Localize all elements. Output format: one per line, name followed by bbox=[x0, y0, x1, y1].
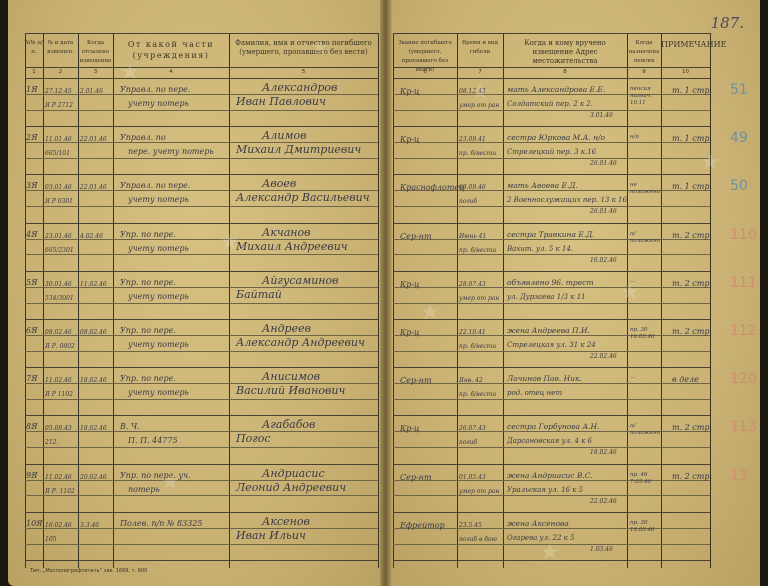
sent-date: 4.02.46 bbox=[80, 231, 103, 243]
delivery-date: 16.02.46 bbox=[590, 255, 617, 267]
row-number: 3Я bbox=[26, 180, 38, 192]
surname: Авоев bbox=[262, 178, 296, 190]
row-rule bbox=[25, 367, 378, 368]
row-number: 4Я bbox=[26, 229, 38, 241]
sent-date: 3.3.46 bbox=[80, 520, 99, 532]
recipient: Лочинов Пав. Ник. bbox=[507, 373, 582, 385]
row-number: 9Я bbox=[26, 470, 38, 482]
note: в деле bbox=[672, 374, 699, 386]
sent-date: 20.02.46 bbox=[80, 472, 107, 484]
unit-line-2: учету потерь bbox=[128, 339, 189, 351]
footer-imprint: Тип. „Мосполиграфпечать“ зак. 1669, т. 6… bbox=[30, 568, 147, 574]
given-names: Василий Иванович bbox=[236, 385, 345, 397]
pencil-register-mark: 110 bbox=[730, 227, 757, 243]
delivery-date: 26.01.46 bbox=[590, 206, 617, 218]
recipient: объявлено 96. трест bbox=[507, 277, 593, 289]
row-rule bbox=[393, 367, 710, 368]
death-type: пр. б/вести bbox=[459, 341, 496, 353]
column-rule bbox=[113, 33, 114, 568]
notice-date: 08.02.46 bbox=[45, 327, 72, 339]
sent-date: 22.01.46 bbox=[80, 134, 107, 146]
pension: н/положено bbox=[630, 423, 660, 437]
column-rule bbox=[229, 33, 230, 568]
notice-date: 30.01.46 bbox=[45, 279, 72, 291]
watermark-star-icon: ★ bbox=[620, 280, 640, 305]
row-rule bbox=[393, 415, 710, 416]
sent-date: 08.02.46 bbox=[80, 327, 107, 339]
address: ул. Дурзаева 1/3 к 11 bbox=[507, 291, 586, 303]
row-rule bbox=[25, 174, 378, 175]
delivery-date: 1.03.46 bbox=[590, 544, 613, 556]
column-number: 3 bbox=[78, 69, 113, 75]
notice-date: 03.01.46 bbox=[45, 182, 72, 194]
rank: Сер-нт bbox=[400, 472, 432, 484]
delivery-date: 3.01.46 bbox=[590, 110, 613, 122]
notice-date: 23.01.46 bbox=[45, 231, 72, 243]
row-rule bbox=[393, 223, 710, 224]
watermark-star-icon: ★ bbox=[310, 35, 330, 60]
unit-line-1: Полев. п/п № 83325 bbox=[120, 518, 202, 530]
column-header: №№ п/п. bbox=[25, 39, 43, 57]
row-subrule bbox=[25, 351, 378, 352]
death-date: 08.09.46 bbox=[459, 182, 486, 194]
column-header: Время и вид гибели bbox=[457, 39, 503, 57]
death-date: Янв. 42 bbox=[459, 375, 483, 387]
pension: н/о bbox=[630, 134, 660, 141]
row-rule bbox=[393, 512, 710, 513]
notice-number: Я Р. 0802 bbox=[45, 341, 75, 353]
death-type: умер от ран bbox=[459, 486, 499, 498]
column-number-rule bbox=[25, 78, 378, 79]
column-rule bbox=[43, 33, 44, 568]
note: т. 1 стр. bbox=[672, 181, 712, 193]
rank: Кр-ц bbox=[400, 279, 420, 291]
notice-date: 05.08.43 bbox=[45, 423, 72, 435]
row-rule bbox=[25, 319, 378, 320]
notice-date: 11.02.46 bbox=[45, 472, 72, 484]
death-date: Июнь 41 bbox=[459, 231, 486, 243]
page-number: 187. bbox=[711, 14, 744, 32]
note: т. 1 стр. bbox=[672, 133, 712, 145]
death-date: 23.09.41 bbox=[459, 134, 486, 146]
column-number: 9 bbox=[627, 69, 661, 75]
row-rule bbox=[25, 560, 378, 561]
surname: Анисимов bbox=[262, 371, 320, 383]
row-rule bbox=[393, 126, 710, 127]
note: т. 1 стр. bbox=[672, 85, 712, 97]
death-date: 28.07.43 bbox=[459, 279, 486, 291]
notice-date: 16.02.46 bbox=[45, 520, 72, 532]
surname: Алимов bbox=[262, 130, 307, 142]
death-type: умер от ран bbox=[459, 293, 499, 305]
pencil-register-mark: 120 bbox=[730, 371, 757, 387]
unit-line-2: потерь bbox=[128, 484, 160, 496]
rank: Кр-ц bbox=[400, 327, 420, 339]
given-names: Александр Андреевич bbox=[236, 337, 365, 349]
death-date: 26.07.43 bbox=[459, 423, 486, 435]
address: 2 Военнослужащих пер. 13 к 16 bbox=[507, 194, 627, 206]
recipient: мать Александрова Е.Е. bbox=[507, 84, 605, 96]
row-subrule bbox=[25, 495, 378, 496]
row-number: 10Я bbox=[26, 518, 43, 530]
unit-line-2: П. П. 44775 bbox=[128, 435, 178, 447]
row-number: 7Я bbox=[26, 373, 38, 385]
delivery-date: 22.02.46 bbox=[590, 496, 617, 508]
recipient: сестра Юркова М.А. н/о bbox=[507, 132, 605, 144]
notice-number: Я Р. 1102 bbox=[45, 486, 75, 498]
rank: Сер-нт bbox=[400, 375, 432, 387]
unit-line-1: Упр. по пере. bbox=[120, 373, 176, 385]
column-number: 5 bbox=[229, 69, 378, 75]
row-subrule bbox=[25, 287, 378, 288]
address: Солдатский пер. 2 к 2. bbox=[507, 98, 593, 110]
row-rule bbox=[25, 512, 378, 513]
given-names: Александр Васильевич bbox=[236, 192, 370, 204]
column-header: Когда и кому вручено извещение Адрес мес… bbox=[503, 39, 627, 66]
row-rule bbox=[393, 319, 710, 320]
address: Уральская ул. 16 к 5 bbox=[507, 484, 583, 496]
column-rule bbox=[393, 33, 394, 568]
column-header: Когда назначена пенсия bbox=[627, 39, 661, 66]
notice-date: 11.02.46 bbox=[45, 375, 72, 387]
surname: Агабабов bbox=[262, 419, 315, 431]
death-date: 22.10.41 bbox=[459, 327, 486, 339]
death-type: пр. б/вести bbox=[459, 389, 496, 401]
recipient: жена Аксенова bbox=[507, 518, 569, 530]
unit-line-2: учету потерь bbox=[128, 98, 189, 110]
recipient: сестра Горбунова А.Н. bbox=[507, 421, 599, 433]
unit-line-1: Управл. по пере. bbox=[120, 84, 190, 96]
watermark-star-icon: ★ bbox=[220, 230, 240, 255]
watermark-star-icon: ★ bbox=[160, 470, 180, 495]
column-number: 1 bbox=[25, 69, 43, 75]
column-rule bbox=[710, 33, 711, 568]
row-subrule bbox=[25, 431, 378, 432]
pension: пр. 46 7.03.46 bbox=[630, 472, 660, 486]
rank: Сер-нт bbox=[400, 231, 432, 243]
notice-number: 665/2301 bbox=[45, 245, 74, 257]
unit-line-1: Управл. по bbox=[120, 132, 166, 144]
row-rule bbox=[25, 271, 378, 272]
row-number: 6Я bbox=[26, 325, 38, 337]
notice-number: 212. bbox=[45, 437, 58, 449]
header-bottom-rule bbox=[25, 67, 378, 68]
note: т. 2 стр. bbox=[672, 230, 712, 242]
row-rule bbox=[393, 464, 710, 465]
row-subrule bbox=[25, 206, 378, 207]
surname: Айгусаминов bbox=[262, 275, 339, 287]
column-number: 6 bbox=[393, 69, 457, 75]
death-type: погиб bbox=[459, 196, 477, 208]
column-rule bbox=[378, 33, 379, 568]
unit-line-2: пере. учету потерь bbox=[128, 146, 214, 158]
given-names: Леонид Андреевич bbox=[236, 482, 346, 494]
row-subrule bbox=[25, 254, 378, 255]
unit-line-1: Упр. по пере. bbox=[120, 229, 176, 241]
watermark-star-icon: ★ bbox=[700, 150, 720, 175]
recipient: мать Авоева Е.Д. bbox=[507, 180, 578, 192]
given-names: Байтай bbox=[236, 289, 282, 301]
given-names: Иван Павлович bbox=[236, 96, 326, 108]
address: род. отец нет bbox=[507, 387, 562, 399]
given-names: Иван Ильич bbox=[236, 530, 306, 542]
notice-number: Я Р 2712 bbox=[45, 100, 73, 112]
column-header: От какой части (учреждения) bbox=[113, 39, 229, 61]
column-number: 2 bbox=[43, 69, 78, 75]
given-names: Михаил Дмитриевич bbox=[236, 144, 361, 156]
recipient: жена Андреева П.И. bbox=[507, 325, 590, 337]
unit-line-2: учету потерь bbox=[128, 291, 189, 303]
surname: Александров bbox=[262, 82, 337, 94]
notice-number: 534/3001 bbox=[45, 293, 74, 305]
pension: не положено bbox=[630, 182, 660, 196]
given-names: Михаил Андреевич bbox=[236, 241, 348, 253]
recipient: жена Андриасис В.С. bbox=[507, 470, 593, 482]
rank: Кр-ц bbox=[400, 423, 420, 435]
unit-line-1: Управл. по пере. bbox=[120, 180, 190, 192]
delivery-date: 18.02.46 bbox=[590, 447, 617, 459]
pencil-register-mark: 113 bbox=[730, 419, 757, 435]
given-names: Погос bbox=[236, 433, 271, 445]
address: Дарсановская ул. 4 к 6 bbox=[507, 435, 592, 447]
row-rule bbox=[25, 126, 378, 127]
column-number: 8 bbox=[503, 69, 627, 75]
sent-date: 22.01.46 bbox=[80, 182, 107, 194]
column-number: 7 bbox=[457, 69, 503, 75]
row-subrule bbox=[25, 447, 378, 448]
pencil-register-mark: 112 bbox=[730, 323, 757, 339]
notice-number: 105 bbox=[45, 534, 56, 546]
column-header: Фамилия, имя и отчество погибшего (умерш… bbox=[229, 39, 378, 57]
sent-date: 11.02.46 bbox=[80, 279, 107, 291]
column-header: Когда отсылено извещение bbox=[78, 39, 113, 66]
row-rule bbox=[25, 464, 378, 465]
row-subrule bbox=[25, 399, 378, 400]
surname: Аксенов bbox=[262, 516, 310, 528]
row-rule bbox=[25, 223, 378, 224]
death-type: пр. б/вести bbox=[459, 148, 496, 160]
column-rule bbox=[457, 33, 458, 568]
row-number: 1Я bbox=[26, 84, 38, 96]
pencil-register-mark: 111 bbox=[730, 275, 757, 291]
pension: н/положено bbox=[630, 231, 660, 245]
column-header: № и дата извещен. bbox=[43, 39, 78, 57]
pencil-register-mark: 49 bbox=[730, 130, 748, 146]
row-rule bbox=[393, 174, 710, 175]
surname: Андриасис bbox=[262, 468, 325, 480]
recipient: сестра Травкина Е.Д. bbox=[507, 229, 595, 241]
row-subrule bbox=[25, 110, 378, 111]
note: т. 2 стр. bbox=[672, 471, 712, 483]
notice-number: Я Р 0301 bbox=[45, 196, 73, 208]
column-number-rule bbox=[393, 78, 710, 79]
rank: Ефрейтор bbox=[400, 520, 445, 532]
delivery-date: 22.02.46 bbox=[590, 351, 617, 363]
notice-number: Я Р 1102 bbox=[45, 389, 73, 401]
rank: Краснофлотец bbox=[400, 182, 465, 194]
book-spine bbox=[380, 0, 392, 586]
header-top-rule bbox=[25, 33, 378, 34]
sent-date: 2.01.46 bbox=[80, 86, 103, 98]
sent-date: 18.02.46 bbox=[80, 423, 107, 435]
unit-line-2: учету потерь bbox=[128, 387, 189, 399]
pension: пр. 30 16.03.46 bbox=[630, 520, 660, 534]
rank: Кр-ц bbox=[400, 134, 420, 146]
death-type: пр. б/вести bbox=[459, 245, 496, 257]
pencil-register-mark: 51 bbox=[730, 82, 748, 98]
row-number: 2Я bbox=[26, 132, 38, 144]
surname: Андреев bbox=[262, 323, 311, 335]
address: Вахит. ул. 5 к 14. bbox=[507, 243, 573, 255]
death-type: погиб bbox=[459, 437, 477, 449]
death-type: погиб в бою bbox=[459, 534, 497, 546]
notice-date: 27.12.45 bbox=[45, 86, 72, 98]
column-rule bbox=[503, 33, 504, 568]
pension: — bbox=[630, 375, 660, 382]
sent-date: 18.02.46 bbox=[80, 375, 107, 387]
pension: пенсия назнач. 10.11 bbox=[630, 86, 660, 107]
row-number: 8Я bbox=[26, 421, 38, 433]
note: т. 2 стр. bbox=[672, 326, 712, 338]
watermark-star-icon: ★ bbox=[470, 80, 490, 105]
surname: Акчанов bbox=[262, 227, 311, 239]
address: Стрелецкая ул. 31 к 24 bbox=[507, 339, 596, 351]
row-subrule bbox=[25, 544, 378, 545]
column-rule bbox=[661, 33, 662, 568]
unit-line-1: В. Ч. bbox=[120, 421, 140, 433]
delivery-date: 26.01.46 bbox=[590, 158, 617, 170]
death-date: 23.5.45 bbox=[459, 520, 482, 532]
unit-line-2: учету потерь bbox=[128, 194, 189, 206]
row-rule bbox=[25, 415, 378, 416]
note: т. 2 стр. bbox=[672, 422, 712, 434]
unit-line-1: Упр. по пере. bbox=[120, 325, 176, 337]
watermark-star-icon: ★ bbox=[420, 300, 440, 325]
death-date: 01.05.43 bbox=[459, 472, 486, 484]
note: т. 2 стр. bbox=[672, 278, 712, 290]
watermark-star-icon: ★ bbox=[540, 540, 560, 565]
row-rule bbox=[393, 271, 710, 272]
address: Стрелецкий пер. 3 к.16 bbox=[507, 146, 596, 158]
pension: пр. 30 16.03.46 bbox=[630, 327, 660, 341]
pencil-register-mark: 13 bbox=[730, 468, 748, 484]
column-rule bbox=[78, 33, 79, 568]
unit-line-2: учету потерь bbox=[128, 243, 189, 255]
column-rule bbox=[25, 33, 26, 568]
pencil-register-mark: 50 bbox=[730, 178, 748, 194]
notice-number: 665/101 bbox=[45, 148, 70, 160]
rank: Кр-ц bbox=[400, 86, 420, 98]
column-number: 10 bbox=[661, 69, 710, 75]
unit-line-1: Упр. по пере. bbox=[120, 277, 176, 289]
row-number: 5Я bbox=[26, 277, 38, 289]
row-subrule bbox=[25, 303, 378, 304]
header-top-rule bbox=[393, 33, 710, 34]
notice-date: 11.01.46 bbox=[45, 134, 72, 146]
column-header: ПРИМЕЧАНИЕ bbox=[661, 39, 710, 50]
watermark-star-icon: ★ bbox=[120, 60, 140, 85]
unit-line-1: Упр. по пере. уч. bbox=[120, 470, 191, 482]
